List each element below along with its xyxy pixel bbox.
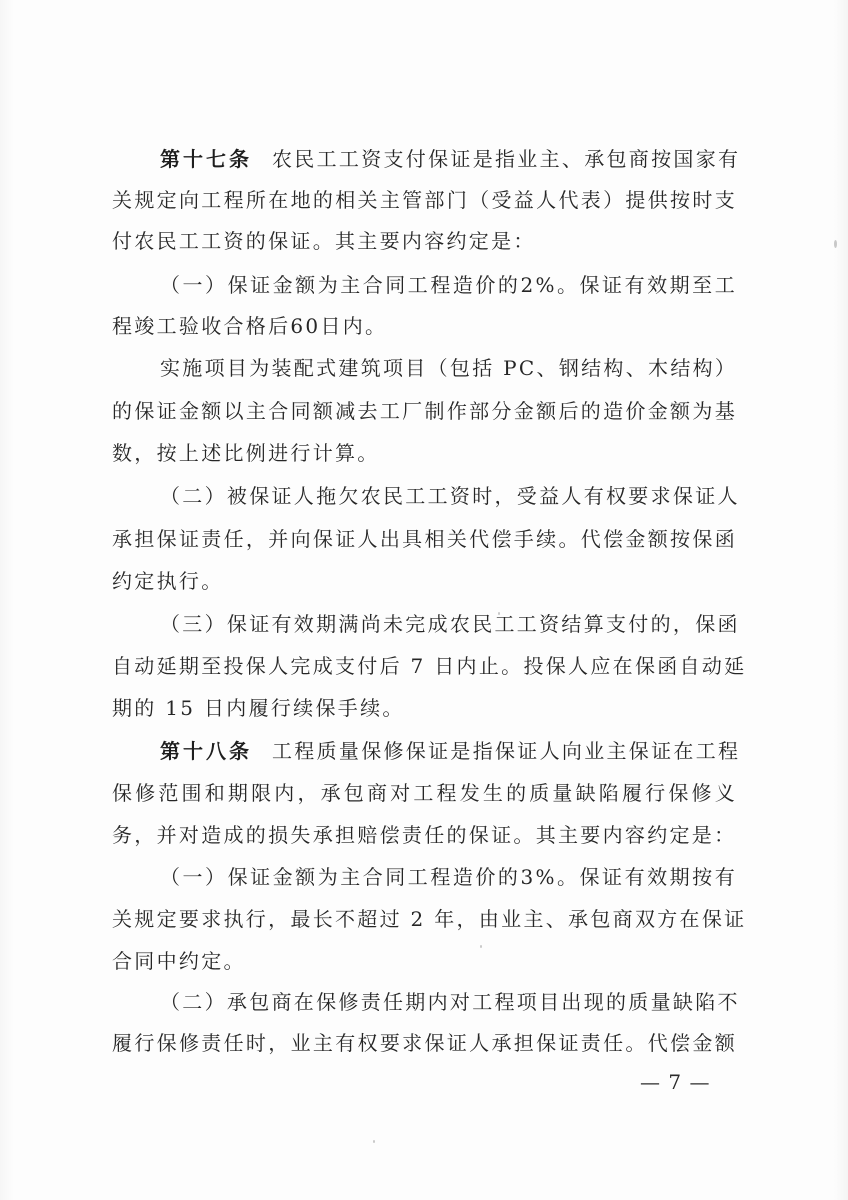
article-17-line-1: 第十七条农民工工资支付保证是指业主、承包商按国家有 xyxy=(160,138,737,180)
article-17-clause-1-line-2: 程竣工验收合格后60日内。 xyxy=(112,305,737,347)
article-18-clause-1-line-1: （一）保证金额为主合同工程造价的3%。保证有效期按有 xyxy=(160,856,737,898)
article-17-clause-3-line-1: （三）保证有效期满尚未完成农民工工资结算支付的，保函 xyxy=(160,603,737,645)
article-18-clause-2-line-1: （二）承包商在保修责任期内对工程项目出现的质量缺陷不 xyxy=(160,981,737,1023)
article-17-clause-3-line-2: 自动延期至投保人完成支付后 7 日内止。投保人应在保函自动延 xyxy=(112,645,737,687)
article-17-clause-2-line-3: 约定执行。 xyxy=(112,560,737,602)
article-18-clause-2-line-2: 履行保修责任时，业主有权要求保证人承担保证责任。代偿金额 xyxy=(112,1022,737,1064)
article-17-line-1-text: 农民工工资支付保证是指业主、承包商按国家有 xyxy=(272,147,740,171)
scan-artifact xyxy=(834,240,837,248)
article-18-line-1-text: 工程质量保修保证是指保证人向业主保证在工程 xyxy=(272,739,740,763)
article-17-clause-3-line-3: 期的 15 日内履行续保手续。 xyxy=(112,687,737,729)
document-page: 第十七条农民工工资支付保证是指业主、承包商按国家有 关规定向工程所在地的相关主管… xyxy=(0,0,848,1200)
article-18-line-2: 保修范围和期限内，承包商对工程发生的质量缺陷履行保修义 xyxy=(112,772,737,814)
article-17-clause-2-line-2: 承担保证责任，并向保证人出具相关代偿手续。代偿金额按保函 xyxy=(112,518,737,560)
scan-artifact xyxy=(373,1140,375,1143)
article-17-line-2: 关规定向工程所在地的相关主管部门（受益人代表）提供按时支 xyxy=(112,179,737,221)
article-17-heading: 第十七条 xyxy=(160,147,252,171)
article-18-line-1: 第十八条工程质量保修保证是指保证人向业主保证在工程 xyxy=(160,730,737,772)
article-18-clause-1-line-2: 关规定要求执行，最长不超过 2 年，由业主、承包商双方在保证 xyxy=(112,898,737,940)
article-17-prefab-line-2: 的保证金额以主合同额减去工厂制作部分金额后的造价金额为基 xyxy=(112,390,737,432)
article-18-clause-1-line-3: 合同中约定。 xyxy=(112,940,737,982)
article-17-line-3: 付农民工工资的保证。其主要内容约定是： xyxy=(112,220,737,262)
article-17-prefab-line-1: 实施项目为装配式建筑项目（包括 PC、钢结构、木结构） xyxy=(160,347,737,389)
page-number: — 7 — xyxy=(640,1066,710,1098)
article-17-clause-1-line-1: （一）保证金额为主合同工程造价的2%。保证有效期至工 xyxy=(160,264,737,306)
scan-artifact xyxy=(480,945,482,948)
article-18-line-3: 务，并对造成的损失承担赔偿责任的保证。其主要内容约定是： xyxy=(112,814,737,856)
scan-artifact xyxy=(498,612,500,615)
article-17-clause-2-line-1: （二）被保证人拖欠农民工工资时，受益人有权要求保证人 xyxy=(160,475,737,517)
article-18-heading: 第十八条 xyxy=(160,739,252,763)
article-17-prefab-line-3: 数，按上述比例进行计算。 xyxy=(112,432,737,474)
